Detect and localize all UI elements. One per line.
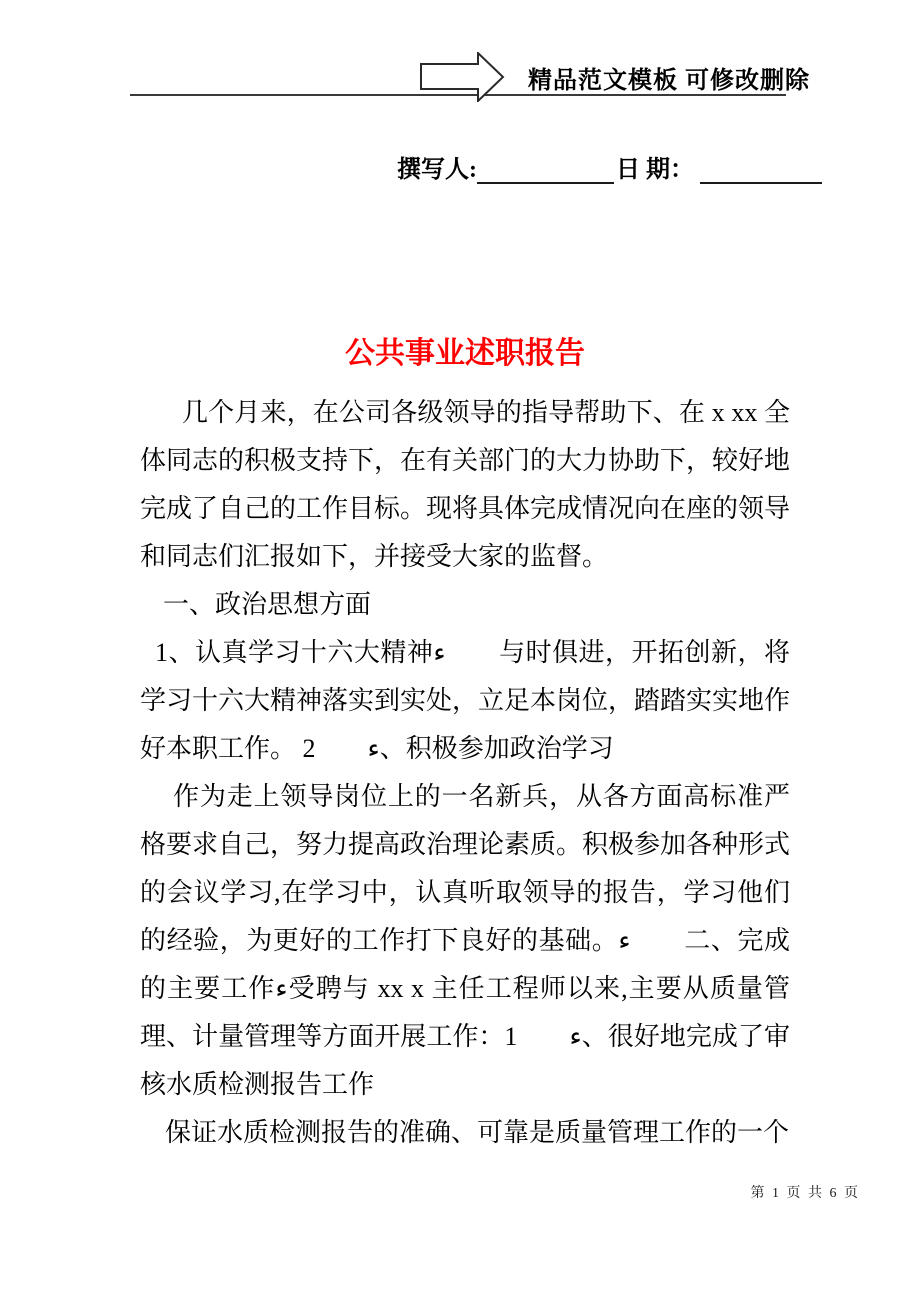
- page-number: 第 1 页 共 6 页: [751, 1182, 861, 1202]
- document-page: 精品范文模板 可修改删除 撰写人:日 期： 公共事业述职报告 几个月来，在公司各…: [0, 0, 920, 1302]
- body-paragraph: 作为走上领导岗位上的一名新兵，从各方面高标准严格要求自己，努力提高政治理论素质。…: [140, 773, 790, 1109]
- writer-label: 撰写人:: [397, 149, 477, 184]
- body-paragraph: 保证水质检测报告的准确、可靠是质量管理工作的一个: [140, 1109, 790, 1157]
- body-paragraph: 一、政治思想方面: [140, 581, 790, 629]
- writer-blank-field[interactable]: [477, 156, 614, 184]
- date-blank-field[interactable]: [700, 156, 822, 184]
- right-arrow-icon: [420, 52, 505, 102]
- document-title: 公共事业述职报告: [140, 336, 790, 372]
- byline: 撰写人:日 期：: [397, 152, 822, 184]
- body-paragraph: 几个月来，在公司各级领导的指导帮助下、在 x xx 全体同志的积极支持下，在有关…: [140, 389, 790, 581]
- body-paragraphs: 几个月来，在公司各级领导的指导帮助下、在 x xx 全体同志的积极支持下，在有关…: [140, 389, 790, 1157]
- date-label: 日 期：: [616, 149, 694, 184]
- body-paragraph: 1、认真学习十六大精神ء 与时俱进，开拓创新，将学习十六大精神落实到实处，立足本…: [140, 629, 790, 773]
- document-body: 公共事业述职报告 几个月来，在公司各级领导的指导帮助下、在 x xx 全体同志的…: [140, 336, 790, 1157]
- banner-text: 精品范文模板 可修改删除: [528, 60, 810, 95]
